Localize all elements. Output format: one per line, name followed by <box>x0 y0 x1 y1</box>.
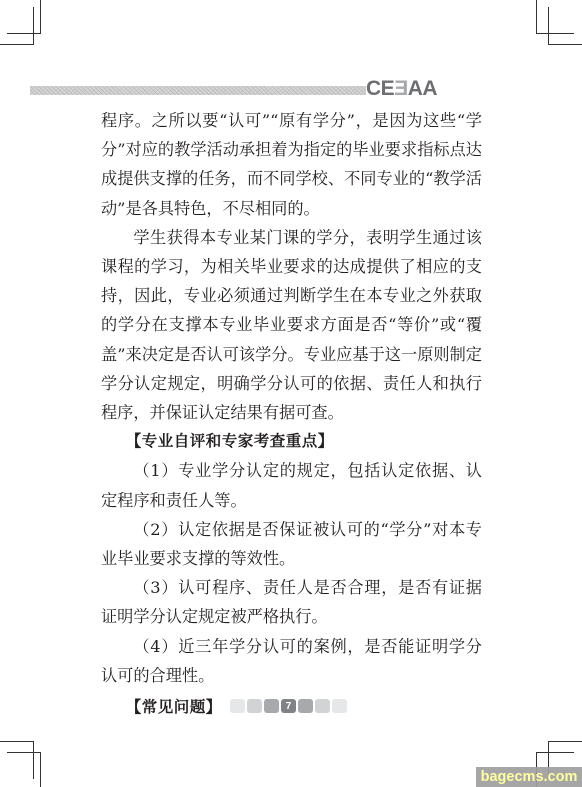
logo-text-ce: CE <box>366 77 394 101</box>
crop-mark-top-left <box>7 33 41 34</box>
pager-cell <box>230 699 245 713</box>
crop-mark-top-left <box>33 7 34 44</box>
pager-cell <box>247 699 262 713</box>
paragraph-credit-recognition: 学生获得本专业某门课的学分，表明学生通过该课程的学习，为相关毕业要求的达成提供了… <box>101 223 482 427</box>
crop-mark-bottom-left <box>33 741 34 779</box>
crop-mark-bottom-right <box>536 752 574 753</box>
pager-cell <box>298 699 313 713</box>
crop-mark-bottom-right <box>548 741 582 742</box>
page-body: 程序。之所以要“认可”“原有学分”，是因为这些“学分”对应的教学活动承担着为指定… <box>101 106 482 722</box>
crop-mark-top-right <box>548 44 582 45</box>
list-item-1: （1）专业学分认定的规定，包括认定依据、认定程序和责任人等。 <box>101 456 482 514</box>
list-item-2: （2）认定依据是否保证被认可的“学分”对本专业毕业要求支撑的等效性。 <box>101 515 482 573</box>
pager-cell <box>332 699 347 713</box>
section-heading-review-focus: 【专业自评和专家考查重点】 <box>101 427 482 456</box>
paragraph-continued: 程序。之所以要“认可”“原有学分”，是因为这些“学分”对应的教学活动承担着为指定… <box>101 106 482 223</box>
crop-mark-top-right <box>548 7 549 45</box>
crop-mark-top-right <box>536 33 574 34</box>
header-decorative-band <box>30 86 366 95</box>
logo-text-reversed-e: Ǝ <box>394 77 408 101</box>
crop-mark-bottom-left <box>0 741 34 742</box>
ceeaa-logo: CEƎAA <box>366 78 437 100</box>
crop-mark-bottom-left <box>7 752 41 753</box>
crop-mark-bottom-left <box>40 752 41 787</box>
crop-mark-top-left <box>0 44 34 45</box>
page-number: 7 <box>281 699 296 713</box>
page-number-indicator: 7 <box>230 699 347 713</box>
pager-cell <box>264 699 279 713</box>
crop-mark-top-left <box>40 0 41 34</box>
logo-text-aa: AA <box>408 77 437 101</box>
list-item-4: （4）近三年学分认可的案例，是否能证明学分认可的合理性。 <box>101 632 482 690</box>
pager-cell <box>315 699 330 713</box>
list-item-3: （3）认可程序、责任人是否合理，是否有证据证明学分认定规定被严格执行。 <box>101 573 482 631</box>
watermark: bagecms.com <box>476 767 582 787</box>
crop-mark-top-right <box>536 0 537 34</box>
